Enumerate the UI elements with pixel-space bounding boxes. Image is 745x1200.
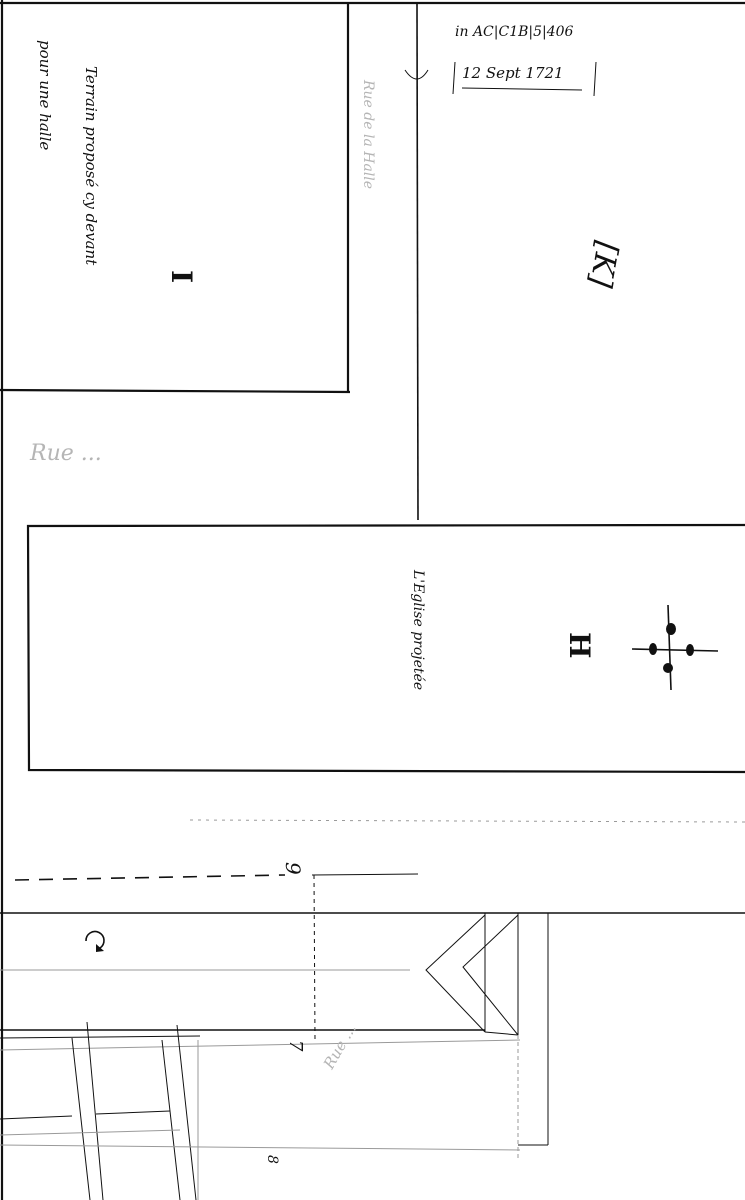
- plot-h-description: L'Eglise projetée: [410, 569, 426, 690]
- marker-9: 9: [281, 862, 305, 875]
- diagonal-note: Rue ...: [319, 1021, 360, 1073]
- street-label-vertical: Rue de la Halle: [360, 79, 376, 189]
- street-line-vertical: [405, 4, 428, 520]
- dashed-boundary: [15, 874, 418, 1040]
- marker-7: 7: [285, 1040, 306, 1052]
- site-plan-drawing: in AC|C1B|5|406 12 Sept 1721 Terrain pro…: [0, 0, 745, 1200]
- marker-8: 8: [264, 1155, 280, 1164]
- lower-left-structures: [0, 1022, 520, 1200]
- plot-k-label: [K]: [582, 239, 624, 290]
- rotate-arrow-icon: [86, 932, 104, 952]
- archive-reference: in AC|C1B|5|406: [455, 24, 574, 40]
- document-date: 12 Sept 1721: [462, 64, 564, 82]
- plot-i-description-line2: pour une halle: [36, 40, 54, 150]
- cross-symbol-icon: [632, 605, 718, 690]
- faint-guide-line: [190, 820, 745, 822]
- plot-i-label: I: [165, 270, 198, 283]
- street-label-horizontal: Rue ...: [29, 441, 102, 466]
- plot-i-description: Terrain proposé cy devant: [82, 66, 100, 266]
- plot-h-label: H: [563, 632, 596, 658]
